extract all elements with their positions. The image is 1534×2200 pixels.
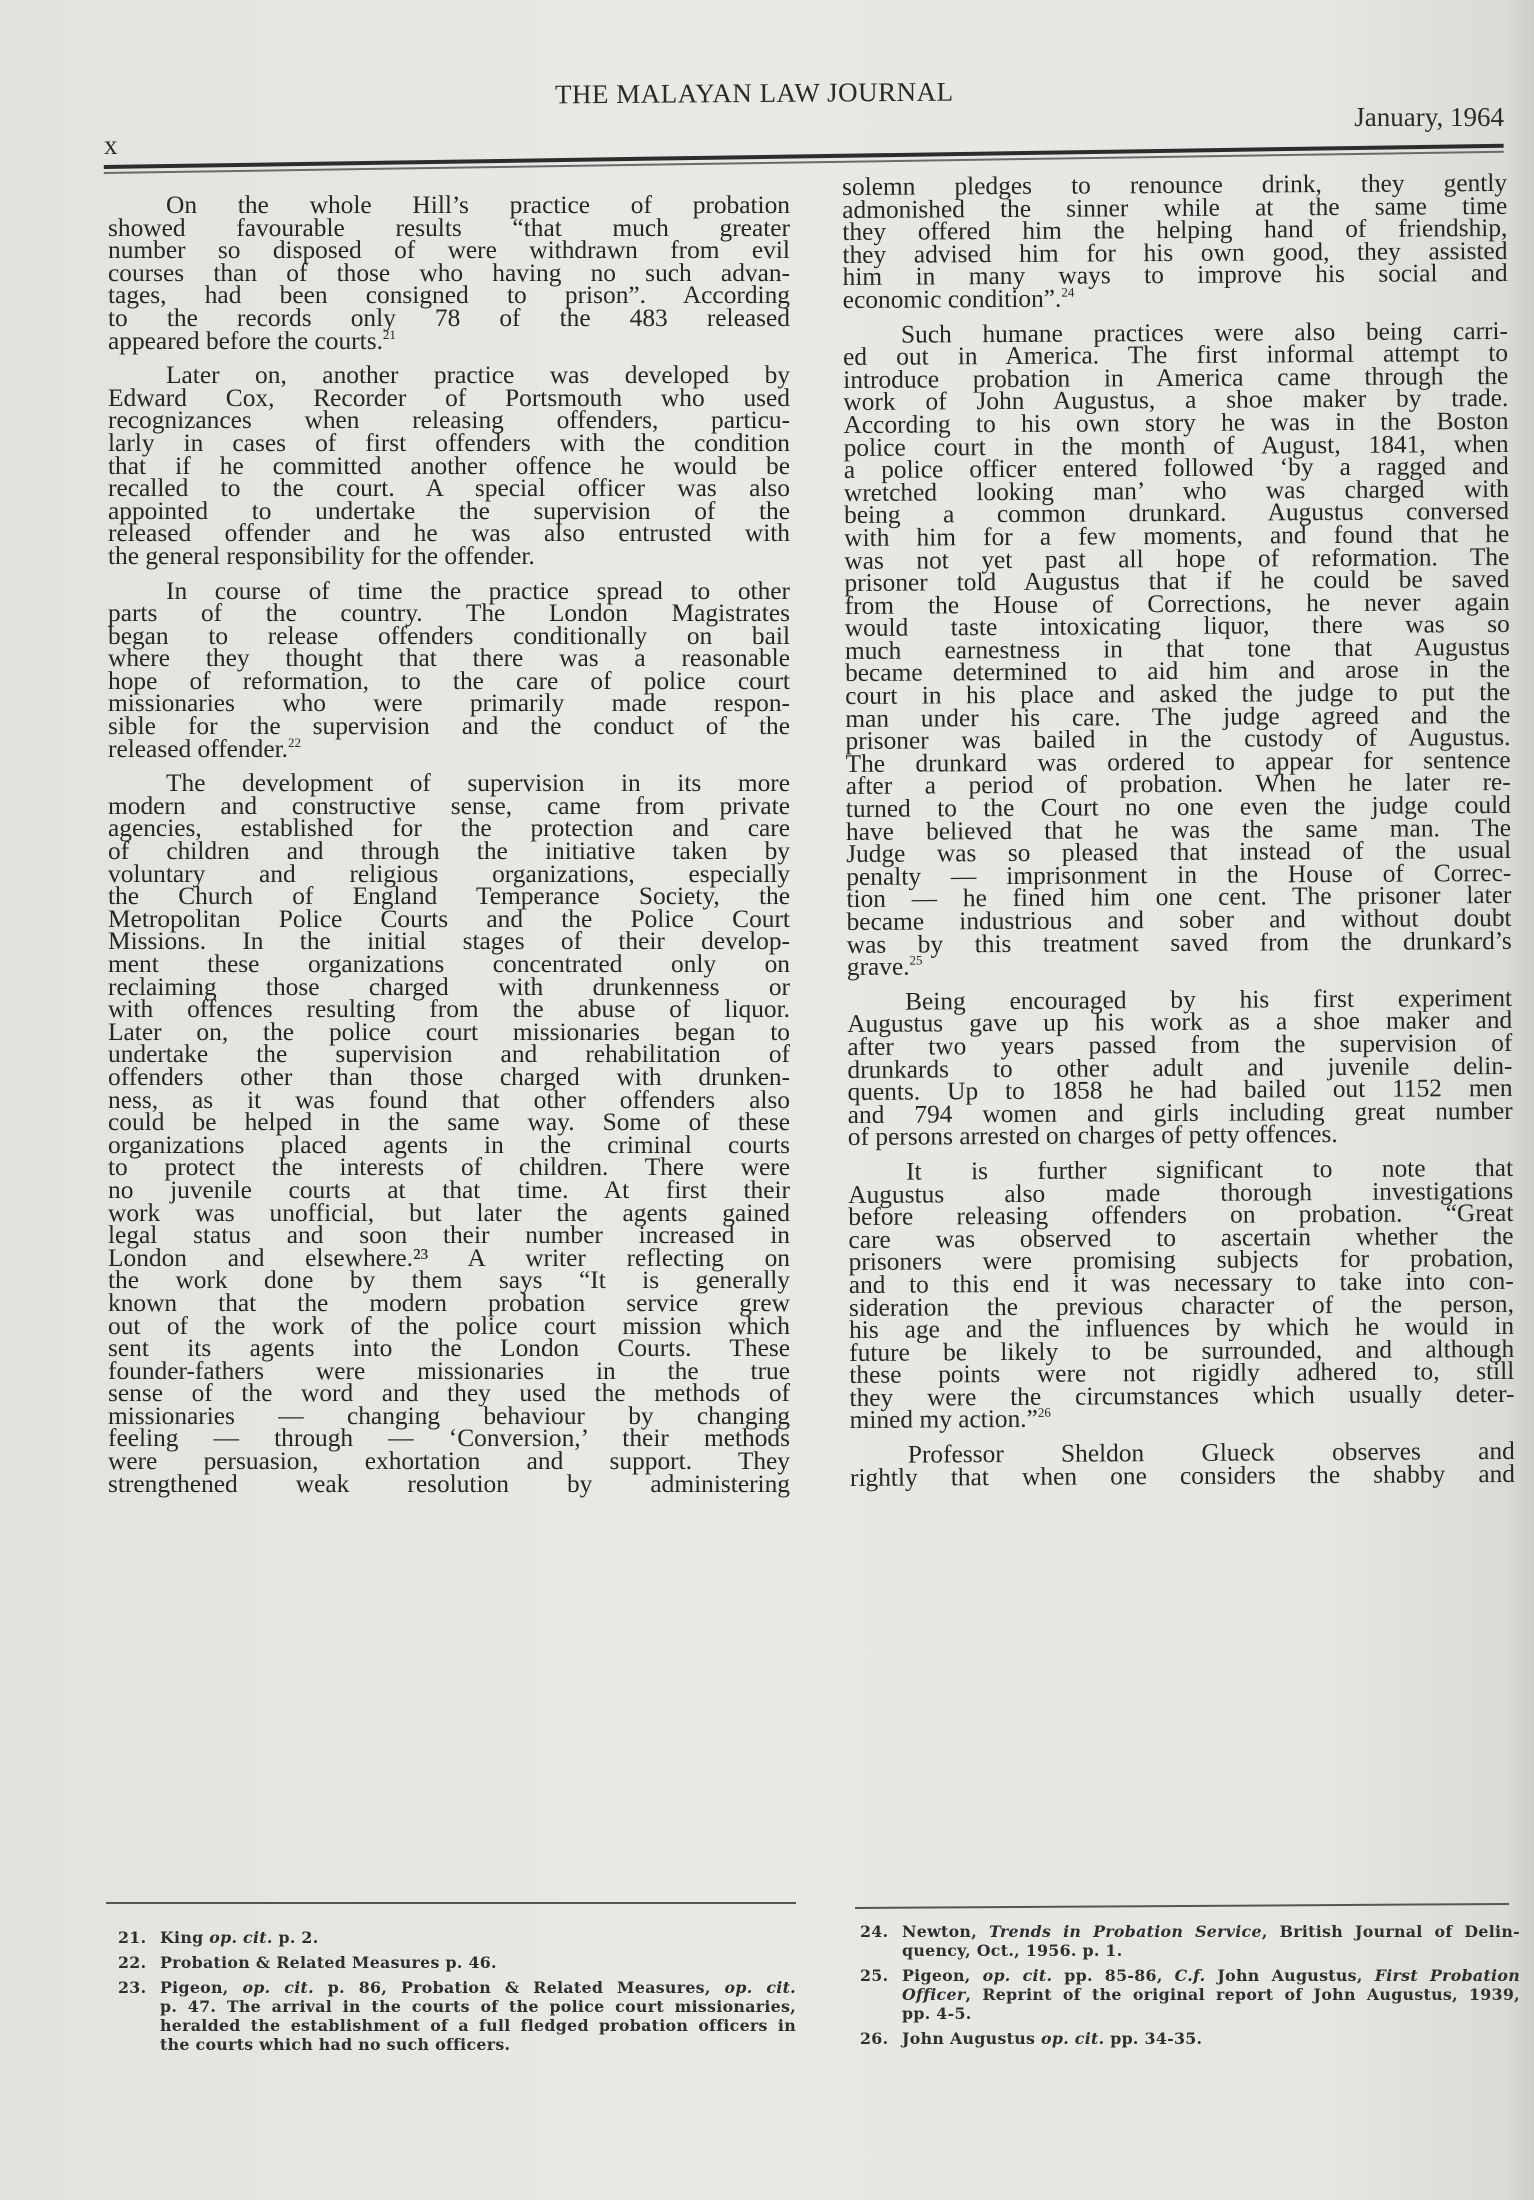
footnote: 23.Pigeon, op. cit. p. 86, Probation & R…	[118, 1978, 796, 2054]
footnote-line: the courts which had no such officers.	[160, 2035, 796, 2054]
footnote: 25.Pigeon, op. cit. pp. 85-86, C.f. John…	[860, 1966, 1520, 2023]
footnote-number: 22.	[118, 1953, 160, 1972]
footnote-text: Probation & Related Measures p. 46.	[160, 1953, 796, 1972]
footnote-number: 25.	[860, 1966, 902, 2023]
right-text-column: solemn pledges to renounce drink, they g…	[842, 172, 1515, 1501]
footnote-number: 21.	[118, 1928, 160, 1947]
footnote-line: p. 47. The arrival in the courts of the …	[160, 1997, 796, 2016]
footnote-text: John Augustus op. cit. pp. 34-35.	[902, 2029, 1520, 2048]
text-line: was by this treatment saved from the dru…	[847, 930, 1512, 957]
paragraph: solemn pledges to renounce drink, they g…	[842, 172, 1508, 312]
footnote-text: Pigeon, op. cit. p. 86, Probation & Rela…	[160, 1978, 796, 2054]
paragraph: Professor Sheldon Glueck observes andrig…	[850, 1440, 1515, 1489]
text-line: rightly that when one considers the shab…	[850, 1463, 1515, 1490]
footnote: 24.Newton, Trends in Probation Service, …	[860, 1922, 1520, 1960]
footnotes-left: 21.King op. cit. p. 2.22.Probation & Rel…	[118, 1928, 796, 2060]
footnote-number: 24.	[860, 1922, 902, 1960]
paragraph: The development of supervision in its mo…	[108, 772, 790, 1495]
paragraph: On the whole Hill’s practice of probatio…	[108, 194, 790, 352]
footnote-line: pp. 4-5.	[902, 2004, 1520, 2023]
footnote: 22.Probation & Related Measures p. 46.	[118, 1953, 796, 1972]
journal-page: THE MALAYAN LAW JOURNAL x January, 1964 …	[0, 0, 1534, 2200]
journal-title: THE MALAYAN LAW JOURNAL	[555, 77, 954, 111]
footnote-reference: 21	[383, 327, 396, 342]
paragraph: Later on, another practice was developed…	[108, 364, 790, 567]
footnote-reference: 22	[288, 735, 301, 750]
paragraph: In course of time the practice spread to…	[108, 580, 790, 761]
footnote-text: King op. cit. p. 2.	[160, 1928, 796, 1947]
text-line: released offender.22	[108, 738, 790, 761]
footnote-rule-left	[106, 1902, 796, 1904]
footnote-line: King op. cit. p. 2.	[160, 1928, 796, 1947]
footnote-text: Newton, Trends in Probation Service, Bri…	[902, 1922, 1520, 1960]
footnote-reference: 24	[1061, 285, 1074, 300]
footnotes-right: 24.Newton, Trends in Probation Service, …	[860, 1922, 1520, 2054]
text-line: of persons arrested on charges of petty …	[848, 1122, 1513, 1149]
paragraph: It is further significant to note thatAu…	[848, 1157, 1515, 1432]
footnote: 26.John Augustus op. cit. pp. 34-35.	[860, 2029, 1520, 2048]
footnote: 21.King op. cit. p. 2.	[118, 1928, 796, 1947]
footnote-line: Pigeon, op. cit. p. 86, Probation & Rela…	[160, 1978, 796, 1997]
header-rule-thick	[104, 144, 1504, 169]
footnote-line: heralded the establishment of a full fle…	[160, 2016, 796, 2035]
text-line: strengthened weak resolution by administ…	[108, 1473, 790, 1496]
paragraph: Such humane practices were also being ca…	[843, 319, 1512, 978]
text-line: appeared before the courts.21	[108, 330, 790, 353]
footnote-line: Pigeon, op. cit. pp. 85-86, C.f. John Au…	[902, 1966, 1520, 1985]
footnote-text: Pigeon, op. cit. pp. 85-86, C.f. John Au…	[902, 1966, 1520, 2023]
footnote-line: Officer, Reprint of the original report …	[902, 1985, 1520, 2004]
footnote-reference: 25	[909, 953, 922, 968]
paragraph: Being encouraged by his first experiment…	[847, 987, 1513, 1149]
footnote-reference: 26	[1038, 1405, 1051, 1420]
left-text-column: On the whole Hill’s practice of probatio…	[108, 194, 790, 1507]
footnote-line: Probation & Related Measures p. 46.	[160, 1953, 796, 1972]
footnote-rule-right	[855, 1903, 1509, 1908]
footnote-line: Newton, Trends in Probation Service, Bri…	[902, 1922, 1520, 1941]
footnote-line: John Augustus op. cit. pp. 34-35.	[902, 2029, 1520, 2048]
footnote-line: quency, Oct., 1956. p. 1.	[902, 1941, 1520, 1960]
footnote-number: 23.	[118, 1978, 160, 2054]
text-line: the general responsibility for the offen…	[108, 545, 790, 568]
footnote-number: 26.	[860, 2029, 902, 2048]
